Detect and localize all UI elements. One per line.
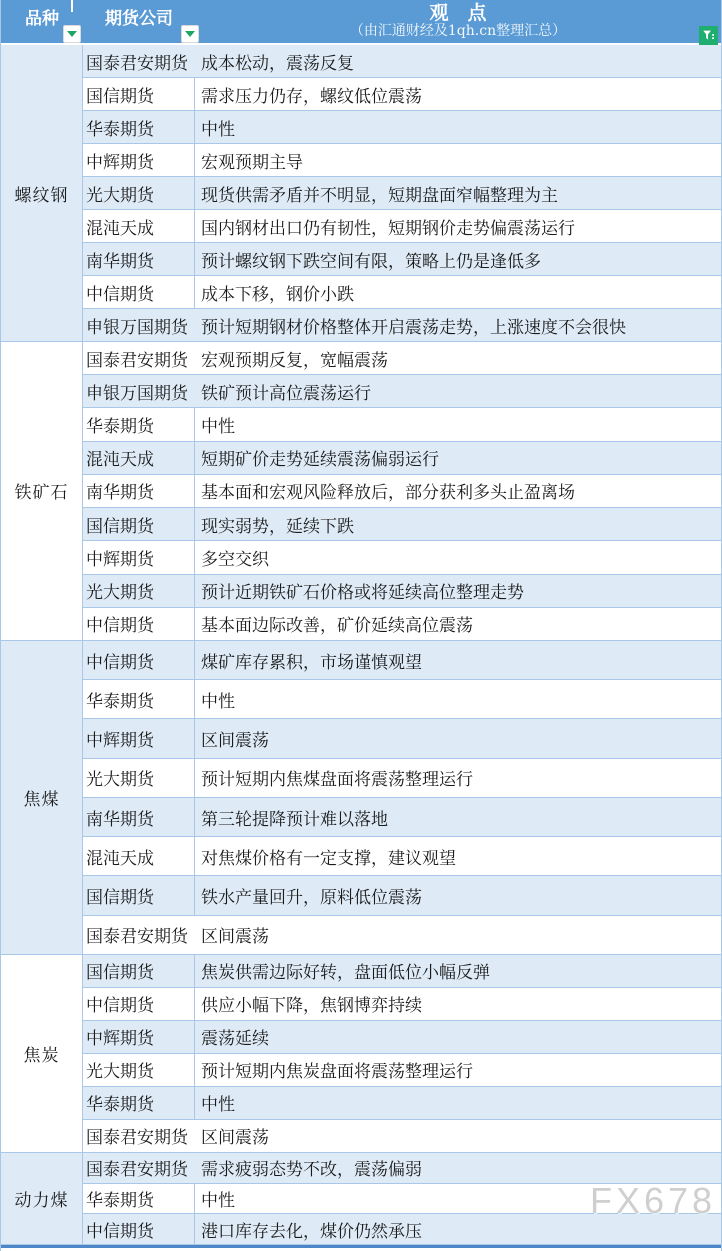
section-rows: 国泰君安期货成本松动，震荡反复国信期货需求压力仍存，螺纹低位震荡华泰期货中性中辉… (83, 45, 721, 342)
company-cell[interactable]: 国信期货 (83, 955, 195, 987)
table-row: 光大期货预计短期内焦炭盘面将震荡整理运行 (83, 1054, 721, 1087)
commodity-section: 螺纹钢国泰君安期货成本松动，震荡反复国信期货需求压力仍存，螺纹低位震荡华泰期货中… (1, 45, 721, 342)
company-cell[interactable]: 华泰期货 (83, 680, 195, 718)
table-row: 国泰君安期货区间震荡 (83, 916, 721, 955)
table-row: 国泰君安期货需求疲弱态势不改，震荡偏弱 (83, 1153, 721, 1184)
view-cell[interactable]: 现实弱势，延续下跌 (195, 508, 721, 540)
commodity-section: 动力煤国泰君安期货需求疲弱态势不改，震荡偏弱华泰期货中性中信期货港口库存去化，煤… (1, 1153, 721, 1245)
company-cell[interactable]: 中信期货 (83, 608, 195, 640)
company-cell[interactable]: 申银万国期货 (83, 375, 195, 407)
section-rows: 国泰君安期货需求疲弱态势不改，震荡偏弱华泰期货中性中信期货港口库存去化，煤价仍然… (83, 1153, 721, 1245)
variety-cell[interactable]: 焦煤 (1, 641, 83, 955)
company-cell[interactable]: 国信期货 (83, 508, 195, 540)
table-row: 国信期货铁水产量回升，原料低位震荡 (83, 876, 721, 915)
view-column-title: 观 点 (429, 3, 486, 23)
variety-cell[interactable]: 铁矿石 (1, 342, 83, 641)
view-cell[interactable]: 基本面边际改善，矿价延续高位震荡 (195, 608, 721, 640)
view-cell[interactable]: 需求压力仍存，螺纹低位震荡 (195, 78, 721, 110)
company-cell[interactable]: 国泰君安期货 (83, 342, 195, 374)
company-cell[interactable]: 国信期货 (83, 78, 195, 110)
table-row: 混沌天成短期矿价走势延续震荡偏弱运行 (83, 442, 721, 475)
company-cell[interactable]: 中辉期货 (83, 541, 195, 573)
view-cell[interactable]: 港口库存去化，煤价仍然承压 (195, 1214, 721, 1244)
view-cell[interactable]: 中性 (195, 111, 721, 143)
variety-filter-dropdown-button[interactable] (63, 25, 81, 43)
view-cell[interactable]: 区间震荡 (195, 1120, 721, 1152)
company-cell[interactable]: 国泰君安期货 (83, 916, 195, 954)
view-cell[interactable]: 预计短期钢材价格整体开启震荡走势，上涨速度不会很快 (195, 309, 721, 341)
company-cell[interactable]: 混沌天成 (83, 442, 195, 474)
dropdown-filter-icon (67, 31, 77, 37)
table-row: 光大期货预计短期内焦煤盘面将震荡整理运行 (83, 759, 721, 798)
view-cell[interactable]: 预计短期内焦炭盘面将震荡整理运行 (195, 1054, 721, 1086)
table-row: 光大期货预计近期铁矿石价格或将延续高位整理走势 (83, 575, 721, 608)
company-cell[interactable]: 中信期货 (83, 276, 195, 308)
view-cell[interactable]: 宏观预期反复，宽幅震荡 (195, 342, 721, 374)
variety-cell[interactable]: 焦炭 (1, 955, 83, 1153)
table-row: 中信期货港口库存去化，煤价仍然承压 (83, 1214, 721, 1245)
view-cell[interactable]: 成本下移，钢价小跌 (195, 276, 721, 308)
view-cell[interactable]: 宏观预期主导 (195, 144, 721, 176)
table-row: 中信期货供应小幅下降，焦钢博弈持续 (83, 988, 721, 1021)
dropdown-filter-icon (185, 31, 195, 37)
company-cell[interactable]: 中辉期货 (83, 144, 195, 176)
company-cell[interactable]: 国泰君安期货 (83, 1153, 195, 1183)
company-cell[interactable]: 中辉期货 (83, 1021, 195, 1053)
table-row: 中信期货煤矿库存累积，市场谨慎观望 (83, 641, 721, 680)
table-row: 国泰君安期货成本松动，震荡反复 (83, 45, 721, 78)
view-cell[interactable]: 短期矿价走势延续震荡偏弱运行 (195, 442, 721, 474)
commodity-section: 焦炭国信期货焦炭供需边际好转，盘面低位小幅反弹中信期货供应小幅下降，焦钢博弈持续… (1, 955, 721, 1153)
view-cell[interactable]: 中性 (195, 680, 721, 718)
view-cell[interactable]: 铁水产量回升，原料低位震荡 (195, 876, 721, 914)
company-cell[interactable]: 华泰期货 (83, 111, 195, 143)
table-row: 华泰期货中性 (83, 680, 721, 719)
company-cell[interactable]: 光大期货 (83, 759, 195, 797)
table-row: 国信期货需求压力仍存，螺纹低位震荡 (83, 78, 721, 111)
view-cell[interactable]: 国内钢材出口仍有韧性，短期钢价走势偏震荡运行 (195, 210, 721, 242)
table-row: 中辉期货区间震荡 (83, 719, 721, 758)
company-cell[interactable]: 南华期货 (83, 798, 195, 836)
variety-cell[interactable]: 动力煤 (1, 1153, 83, 1245)
commodity-section: 铁矿石国泰君安期货宏观预期反复，宽幅震荡申银万国期货铁矿预计高位震荡运行华泰期货… (1, 342, 721, 641)
commodity-section: 焦煤中信期货煤矿库存累积，市场谨慎观望华泰期货中性中辉期货区间震荡光大期货预计短… (1, 641, 721, 955)
section-rows: 国信期货焦炭供需边际好转，盘面低位小幅反弹中信期货供应小幅下降，焦钢博弈持续中辉… (83, 955, 721, 1153)
view-cell[interactable]: 多空交织 (195, 541, 721, 573)
variety-column-label: 品种 (25, 9, 59, 43)
view-cell[interactable]: 现货供需矛盾并不明显，短期盘面窄幅整理为主 (195, 177, 721, 209)
company-cell[interactable]: 国信期货 (83, 876, 195, 914)
company-cell[interactable]: 中信期货 (83, 1214, 195, 1244)
table-row: 南华期货基本面和宏观风险释放后，部分获利多头止盈离场 (83, 475, 721, 508)
view-cell[interactable]: 铁矿预计高位震荡运行 (195, 375, 721, 407)
header-cell-company[interactable]: 期货公司 (83, 0, 195, 43)
view-cell[interactable]: 震荡延续 (195, 1021, 721, 1053)
variety-cell[interactable]: 螺纹钢 (1, 45, 83, 342)
table-row: 国泰君安期货区间震荡 (83, 1120, 721, 1153)
view-cell[interactable]: 基本面和宏观风险释放后，部分获利多头止盈离场 (195, 475, 721, 507)
table-row: 中信期货成本下移，钢价小跌 (83, 276, 721, 309)
view-cell[interactable]: 预计近期铁矿石价格或将延续高位整理走势 (195, 575, 721, 607)
section-rows: 中信期货煤矿库存累积，市场谨慎观望华泰期货中性中辉期货区间震荡光大期货预计短期内… (83, 641, 721, 955)
table-row: 中信期货基本面边际改善，矿价延续高位震荡 (83, 608, 721, 641)
table-row: 国信期货焦炭供需边际好转，盘面低位小幅反弹 (83, 955, 721, 988)
company-cell[interactable]: 华泰期货 (83, 1087, 195, 1119)
company-cell[interactable]: 华泰期货 (83, 408, 195, 440)
view-cell[interactable]: 预计螺纹钢下跌空间有限，策略上仍是逢低多 (195, 243, 721, 275)
table-row: 华泰期货中性 (83, 111, 721, 144)
funnel-filter-icon (702, 29, 715, 42)
table-row: 中辉期货宏观预期主导 (83, 144, 721, 177)
table-filter-button[interactable] (699, 26, 718, 45)
table-row: 申银万国期货铁矿预计高位震荡运行 (83, 375, 721, 408)
view-column-subtitle: （由汇通财经及1qh.cn整理汇总） (350, 23, 566, 40)
table-row: 华泰期货中性 (83, 1184, 721, 1215)
table-header-row: 品种 期货公司 观 点 （由汇通财经及1qh.cn整理汇总） (1, 0, 721, 45)
table-row: 混沌天成国内钢材出口仍有韧性，短期钢价走势偏震荡运行 (83, 210, 721, 243)
view-cell[interactable]: 需求疲弱态势不改，震荡偏弱 (195, 1153, 721, 1183)
table-row: 国泰君安期货宏观预期反复，宽幅震荡 (83, 342, 721, 375)
company-filter-dropdown-button[interactable] (181, 25, 199, 43)
table-row: 光大期货现货供需矛盾并不明显，短期盘面窄幅整理为主 (83, 177, 721, 210)
company-cell[interactable]: 中辉期货 (83, 719, 195, 757)
view-cell[interactable]: 对焦煤价格有一定支撑，建议观望 (195, 837, 721, 875)
view-cell[interactable]: 中性 (195, 1184, 721, 1214)
spreadsheet-table: 品种 期货公司 观 点 （由汇通财经及1qh.cn整理汇总） 螺纹钢国泰君安期货… (0, 0, 722, 1251)
view-cell[interactable]: 中性 (195, 408, 721, 440)
table-row: 申银万国期货预计短期钢材价格整体开启震荡走势，上涨速度不会很快 (83, 309, 721, 342)
company-cell[interactable]: 光大期货 (83, 1054, 195, 1086)
view-cell[interactable]: 区间震荡 (195, 719, 721, 757)
view-cell[interactable]: 第三轮提降预计难以落地 (195, 798, 721, 836)
company-cell[interactable]: 国泰君安期货 (83, 45, 195, 77)
company-column-label: 期货公司 (105, 9, 173, 43)
company-cell[interactable]: 混沌天成 (83, 837, 195, 875)
view-cell[interactable]: 成本松动，震荡反复 (195, 45, 721, 77)
table-row: 混沌天成对焦煤价格有一定支撑，建议观望 (83, 837, 721, 876)
table-row: 国信期货现实弱势，延续下跌 (83, 508, 721, 541)
table-body: 螺纹钢国泰君安期货成本松动，震荡反复国信期货需求压力仍存，螺纹低位震荡华泰期货中… (1, 45, 721, 1245)
table-row: 南华期货预计螺纹钢下跌空间有限，策略上仍是逢低多 (83, 243, 721, 276)
view-cell[interactable]: 中性 (195, 1087, 721, 1119)
view-cell[interactable]: 供应小幅下降，焦钢博弈持续 (195, 988, 721, 1020)
header-cell-view[interactable]: 观 点 （由汇通财经及1qh.cn整理汇总） (195, 0, 721, 43)
column-gridline-notch (71, 0, 73, 12)
table-row: 中辉期货多空交织 (83, 541, 721, 574)
company-cell[interactable]: 华泰期货 (83, 1184, 195, 1214)
company-cell[interactable]: 南华期货 (83, 475, 195, 507)
company-cell[interactable]: 光大期货 (83, 575, 195, 607)
view-cell[interactable]: 焦炭供需边际好转，盘面低位小幅反弹 (195, 955, 721, 987)
company-cell[interactable]: 申银万国期货 (83, 309, 195, 341)
company-cell[interactable]: 光大期货 (83, 177, 195, 209)
table-row: 华泰期货中性 (83, 1087, 721, 1120)
company-cell[interactable]: 中信期货 (83, 641, 195, 679)
company-cell[interactable]: 国泰君安期货 (83, 1120, 195, 1152)
table-row: 南华期货第三轮提降预计难以落地 (83, 798, 721, 837)
view-cell[interactable]: 煤矿库存累积，市场谨慎观望 (195, 641, 721, 679)
view-cell[interactable]: 预计短期内焦煤盘面将震荡整理运行 (195, 759, 721, 797)
table-row: 华泰期货中性 (83, 408, 721, 441)
table-row: 中辉期货震荡延续 (83, 1021, 721, 1054)
company-cell[interactable]: 混沌天成 (83, 210, 195, 242)
company-cell[interactable]: 中信期货 (83, 988, 195, 1020)
section-rows: 国泰君安期货宏观预期反复，宽幅震荡申银万国期货铁矿预计高位震荡运行华泰期货中性混… (83, 342, 721, 641)
company-cell[interactable]: 南华期货 (83, 243, 195, 275)
view-cell[interactable]: 区间震荡 (195, 916, 721, 954)
